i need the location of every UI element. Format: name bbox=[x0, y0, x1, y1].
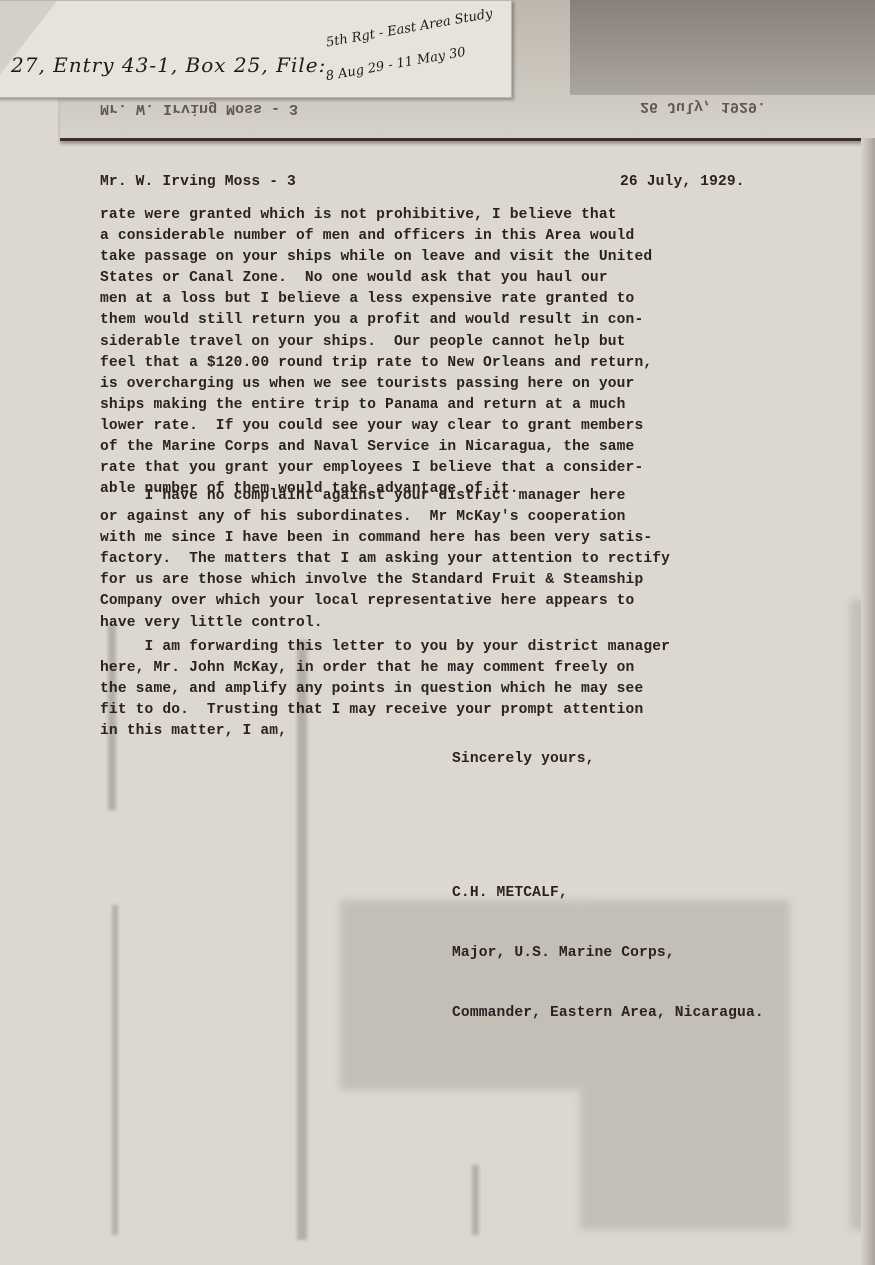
paragraph-3: I am forwarding this letter to you by yo… bbox=[100, 637, 670, 742]
page-edge bbox=[861, 138, 875, 1265]
paragraph-1: rate were granted which is not prohibiti… bbox=[100, 205, 652, 500]
archival-label-card: 27, Entry 43-1, Box 25, File: 5th Rgt - … bbox=[0, 0, 512, 98]
text-line: here, Mr. John McKay, in order that he m… bbox=[100, 658, 670, 679]
text-line: the same, and amplify any points in ques… bbox=[100, 679, 670, 700]
text-line: States or Canal Zone. No one would ask t… bbox=[100, 268, 652, 289]
file-note-line-1: 5th Rgt - East Area Study bbox=[325, 6, 494, 50]
text-line: feel that a $120.00 round trip rate to N… bbox=[100, 353, 652, 374]
signatory-title: Commander, Eastern Area, Nicaragua. bbox=[452, 1003, 764, 1023]
archival-reference: 27, Entry 43-1, Box 25, File: bbox=[11, 53, 326, 77]
letter-recipient-header: Mr. W. Irving Moss - 3 bbox=[100, 172, 296, 193]
paragraph-2: I have no complaint against your distric… bbox=[100, 486, 670, 634]
document-page: Mr. W. Irving Moss - 3 26 July, 1929. 27… bbox=[0, 0, 875, 1265]
text-line: of the Marine Corps and Naval Service in… bbox=[100, 437, 652, 458]
text-line: Company over which your local representa… bbox=[100, 591, 670, 612]
text-line: a considerable number of men and officer… bbox=[100, 226, 652, 247]
text-line: take passage on your ships while on leav… bbox=[100, 247, 652, 268]
mirrored-header-text: Mr. W. Irving Moss - 3 bbox=[100, 100, 298, 117]
dark-photocopy-region bbox=[570, 0, 875, 95]
text-line: have very little control. bbox=[100, 613, 670, 634]
letter-date: 26 July, 1929. bbox=[620, 172, 745, 193]
signatory-name: C.H. METCALF, bbox=[452, 883, 764, 903]
text-line: for us are those which involve the Stand… bbox=[100, 570, 670, 591]
text-line: factory. The matters that I am asking yo… bbox=[100, 549, 670, 570]
text-line: or against any of his subordinates. Mr M… bbox=[100, 507, 670, 528]
copier-streak bbox=[472, 1165, 479, 1235]
signature-block: C.H. METCALF, Major, U.S. Marine Corps, … bbox=[452, 843, 764, 1063]
text-line: I am forwarding this letter to you by yo… bbox=[100, 637, 670, 658]
text-line: siderable travel on your ships. Our peop… bbox=[100, 332, 652, 353]
text-line: in this matter, I am, bbox=[100, 721, 670, 742]
text-line: them would still return you a profit and… bbox=[100, 310, 652, 331]
text-line: lower rate. If you could see your way cl… bbox=[100, 416, 652, 437]
signatory-rank: Major, U.S. Marine Corps, bbox=[452, 943, 764, 963]
text-line: rate were granted which is not prohibiti… bbox=[100, 205, 652, 226]
text-line: I have no complaint against your distric… bbox=[100, 486, 670, 507]
copier-streak bbox=[112, 905, 118, 1235]
text-line: men at a loss but I believe a less expen… bbox=[100, 289, 652, 310]
mirrored-date-text: 26 July, 1929. bbox=[640, 98, 766, 115]
text-line: ships making the entire trip to Panama a… bbox=[100, 395, 652, 416]
text-line: fit to do. Trusting that I may receive y… bbox=[100, 700, 670, 721]
text-line: with me since I have been in command her… bbox=[100, 528, 670, 549]
text-line: is overcharging us when we see tourists … bbox=[100, 374, 652, 395]
file-note-line-2: 8 Aug 29 - 11 May 30 bbox=[325, 45, 467, 84]
text-line: rate that you grant your employees I bel… bbox=[100, 458, 652, 479]
closing-salutation: Sincerely yours, bbox=[452, 749, 595, 770]
